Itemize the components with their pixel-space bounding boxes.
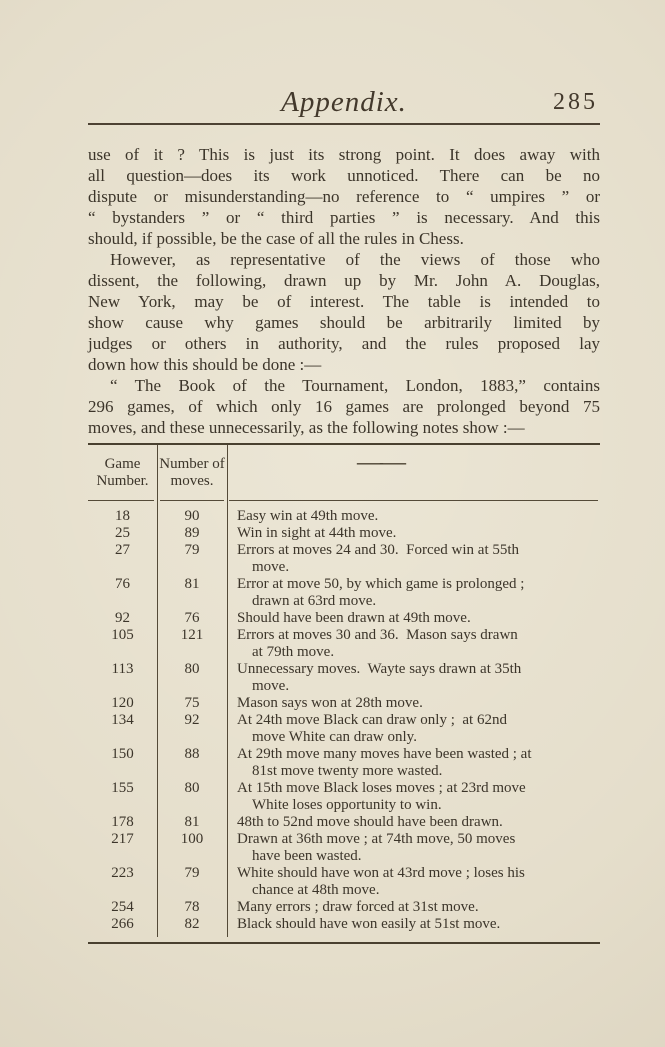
moves-cell: 80 [157,780,227,814]
moves-cell: 80 [157,661,227,695]
text-line: moves, and these unnecessarily, as the f… [88,417,600,438]
note-cell: Errors at moves 24 and 30. Forced win at… [227,542,600,576]
text-line: down how this should be done :— [88,354,600,375]
note-line: Unnecessary moves. Wayte says drawn at 3… [237,661,598,678]
note-line: move White can draw only. [237,729,598,746]
note-cell: Black should have won easily at 51st mov… [227,916,600,933]
page-title: Appendix. [88,85,600,119]
note-cell: White should have won at 43rd move ; los… [227,865,600,899]
paragraph: “ The Book of the Tournament, London, 18… [88,375,600,438]
column-header-notes: —— [227,445,600,501]
body-paragraphs: use of it ? This is just its strong poin… [88,144,600,438]
table-vertical-rule-1 [157,445,158,937]
note-cell: At 15th move Black loses moves ; at 23rd… [227,780,600,814]
game-number-cell: 178 [88,814,157,831]
note-cell: Many errors ; draw forced at 31st move. [227,899,600,916]
moves-cell: 79 [157,865,227,899]
page-content: Appendix. 285 use of it ? This is just i… [88,0,600,944]
text-line: judges or others in authority, and the r… [88,333,600,354]
note-line: move. [237,678,598,695]
text-line: dissent, the following, drawn up by Mr. … [88,270,600,291]
game-number-cell: 150 [88,746,157,780]
game-number-cell: 134 [88,712,157,746]
note-line: 48th to 52nd move should have been drawn… [237,814,598,831]
moves-cell: 81 [157,576,227,610]
game-number-cell: 76 [88,576,157,610]
header-separator-col1 [88,500,154,501]
page-number: 285 [553,89,598,116]
text-line: use of it ? This is just its strong poin… [88,144,600,165]
column-header-number-of-moves: Number of moves. [157,445,227,501]
notes-header-dash: —— [357,447,403,476]
note-line: 81st move twenty more wasted. [237,763,598,780]
note-line: Errors at moves 24 and 30. Forced win at… [237,542,598,559]
note-line: drawn at 63rd move. [237,593,598,610]
note-cell: 48th to 52nd move should have been drawn… [227,814,600,831]
game-number-cell: 25 [88,525,157,542]
game-number-cell: 254 [88,899,157,916]
book-page: Appendix. 285 use of it ? This is just i… [0,0,665,1047]
text-line: “ bystanders ” or “ third parties ” is n… [88,207,600,228]
paragraph: use of it ? This is just its strong poin… [88,144,600,249]
moves-cell: 121 [157,627,227,661]
text-line: show cause why games should be arbitrari… [88,312,600,333]
game-number-cell: 223 [88,865,157,899]
moves-cell: 100 [157,831,227,865]
game-number-cell: 92 [88,610,157,627]
column-header-game-number: Game Number. [88,445,157,501]
note-cell: Win in sight at 44th move. [227,525,600,542]
note-line: have been wasted. [237,848,598,865]
running-head: Appendix. 285 [88,0,600,125]
note-line: Easy win at 49th move. [237,508,598,525]
text-line: “ The Book of the Tournament, London, 18… [88,375,600,396]
game-number-cell: 155 [88,780,157,814]
text-line: 296 games, of which only 16 games are pr… [88,396,600,417]
moves-cell: 78 [157,899,227,916]
note-line: At 24th move Black can draw only ; at 62… [237,712,598,729]
game-number-cell: 105 [88,627,157,661]
moves-cell: 88 [157,746,227,780]
note-line: Win in sight at 44th move. [237,525,598,542]
note-line: At 29th move many moves have been wasted… [237,746,598,763]
note-cell: At 29th move many moves have been wasted… [227,746,600,780]
note-cell: Should have been drawn at 49th move. [227,610,600,627]
note-cell: Unnecessary moves. Wayte says drawn at 3… [227,661,600,695]
note-line: White loses opportunity to win. [237,797,598,814]
note-line: White should have won at 43rd move ; los… [237,865,598,882]
note-line: Should have been drawn at 49th move. [237,610,598,627]
note-line: Drawn at 36th move ; at 74th move, 50 mo… [237,831,598,848]
moves-cell: 90 [157,501,227,525]
moves-cell: 89 [157,525,227,542]
game-number-cell: 18 [88,501,157,525]
moves-cell: 82 [157,916,227,933]
text-line: should, if possible, be the case of all … [88,228,600,249]
game-number-cell: 120 [88,695,157,712]
note-line: Error at move 50, by which game is prolo… [237,576,598,593]
notes-table: Game Number. Number of moves. —— 1890Eas… [88,443,600,944]
moves-cell: 81 [157,814,227,831]
note-line: Black should have won easily at 51st mov… [237,916,598,933]
note-cell: Mason says won at 28th move. [227,695,600,712]
table-bottom-spacer [88,933,600,942]
header-rule [88,123,600,125]
text-line: all question—does its work unnoticed. Th… [88,165,600,186]
header-separator-col3 [229,500,598,501]
note-line: At 15th move Black loses moves ; at 23rd… [237,780,598,797]
moves-cell: 76 [157,610,227,627]
moves-cell: 75 [157,695,227,712]
note-line: chance at 48th move. [237,882,598,899]
text-line: New York, may be of interest. The table … [88,291,600,312]
note-cell: Easy win at 49th move. [227,501,600,525]
header-separator-col2 [160,500,224,501]
note-line: Errors at moves 30 and 36. Mason says dr… [237,627,598,644]
note-line: move. [237,559,598,576]
note-line: Mason says won at 28th move. [237,695,598,712]
moves-cell: 79 [157,542,227,576]
game-number-cell: 266 [88,916,157,933]
text-line: dispute or misunderstanding—no reference… [88,186,600,207]
note-cell: At 24th move Black can draw only ; at 62… [227,712,600,746]
paragraph: However, as representative of the views … [88,249,600,375]
note-cell: Error at move 50, by which game is prolo… [227,576,600,610]
game-number-cell: 217 [88,831,157,865]
note-line: at 79th move. [237,644,598,661]
note-line: Many errors ; draw forced at 31st move. [237,899,598,916]
note-cell: Drawn at 36th move ; at 74th move, 50 mo… [227,831,600,865]
table-vertical-rule-2 [227,445,228,937]
note-cell: Errors at moves 30 and 36. Mason says dr… [227,627,600,661]
moves-cell: 92 [157,712,227,746]
text-line: However, as representative of the views … [88,249,600,270]
game-number-cell: 113 [88,661,157,695]
game-number-cell: 27 [88,542,157,576]
